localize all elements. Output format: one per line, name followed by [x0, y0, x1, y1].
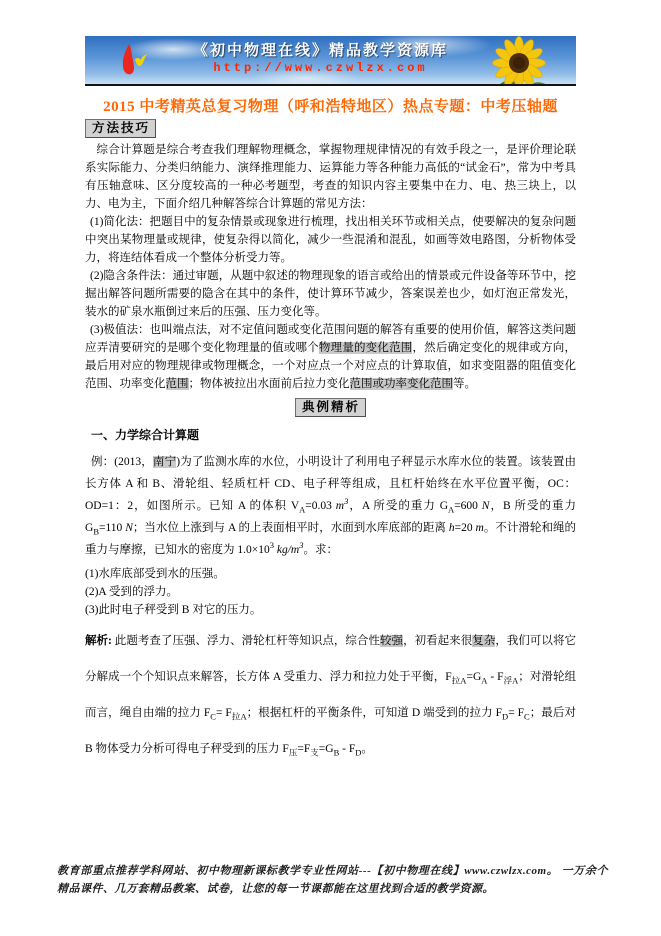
- question-item-1: (1)水库底部受到水的压强。: [85, 565, 576, 583]
- document-page: 《初中物理在线》精品教学资源库 http://www.czwlzx.com: [0, 0, 661, 936]
- method-item-3: (3)极值法：也叫端点法，对不定值问题或变化范围问题的解答有重要的使用价值，解答…: [85, 321, 576, 393]
- site-banner: 《初中物理在线》精品教学资源库 http://www.czwlzx.com: [85, 36, 576, 86]
- example-label-row: 典例精析: [85, 398, 576, 417]
- method-item-2: (2)隐含条件法：通过审题，从题中叙述的物理现象的语言或给出的情景或元件设备等环…: [85, 267, 576, 321]
- example-heading: 一、力学综合计算题: [85, 426, 576, 443]
- analysis-text: 解析: 此题考查了压强、浮力、滑轮杠杆等知识点，综合性较强，初看起来很复杂，我们…: [85, 623, 576, 767]
- sunflower-image: [490, 36, 548, 86]
- example-section-label: 典例精析: [295, 398, 366, 417]
- question-item-2: (2)A 受到的浮力。: [85, 583, 576, 601]
- question-item-3: (3)此时电子秤受到 B 对它的压力。: [85, 601, 576, 619]
- method-label-row: 方法技巧: [85, 119, 576, 138]
- method-intro-text: 综合计算题是综合考查我们理解物理概念，掌握物理规律情况的有效手段之一，是评价理论…: [85, 141, 576, 213]
- problem-text: 例：(2013，南宁)为了监测水库的水位，小明设计了利用电子秤显示水库水位的装置…: [85, 451, 576, 561]
- footer-text: 教育部重点推荐学科网站、初中物理新课标教学专业性网站---【初中物理在线】www…: [57, 862, 608, 898]
- site-logo-icon: [115, 41, 153, 79]
- document-content: 《初中物理在线》精品教学资源库 http://www.czwlzx.com: [85, 36, 576, 767]
- method-section-label: 方法技巧: [85, 119, 156, 138]
- banner-site-title: 《初中物理在线》精品教学资源库: [175, 39, 466, 60]
- page-title: 2015 中考精英总复习物理（呼和浩特地区）热点专题：中考压轴题: [85, 95, 576, 116]
- banner-text-block: 《初中物理在线》精品教学资源库 http://www.czwlzx.com: [175, 39, 466, 75]
- method-item-1: (1)简化法：把题目中的复杂情景或现象进行梳理，找出相关环节或相关点，使要解决的…: [85, 213, 576, 267]
- banner-site-url: http://www.czwlzx.com: [175, 61, 466, 75]
